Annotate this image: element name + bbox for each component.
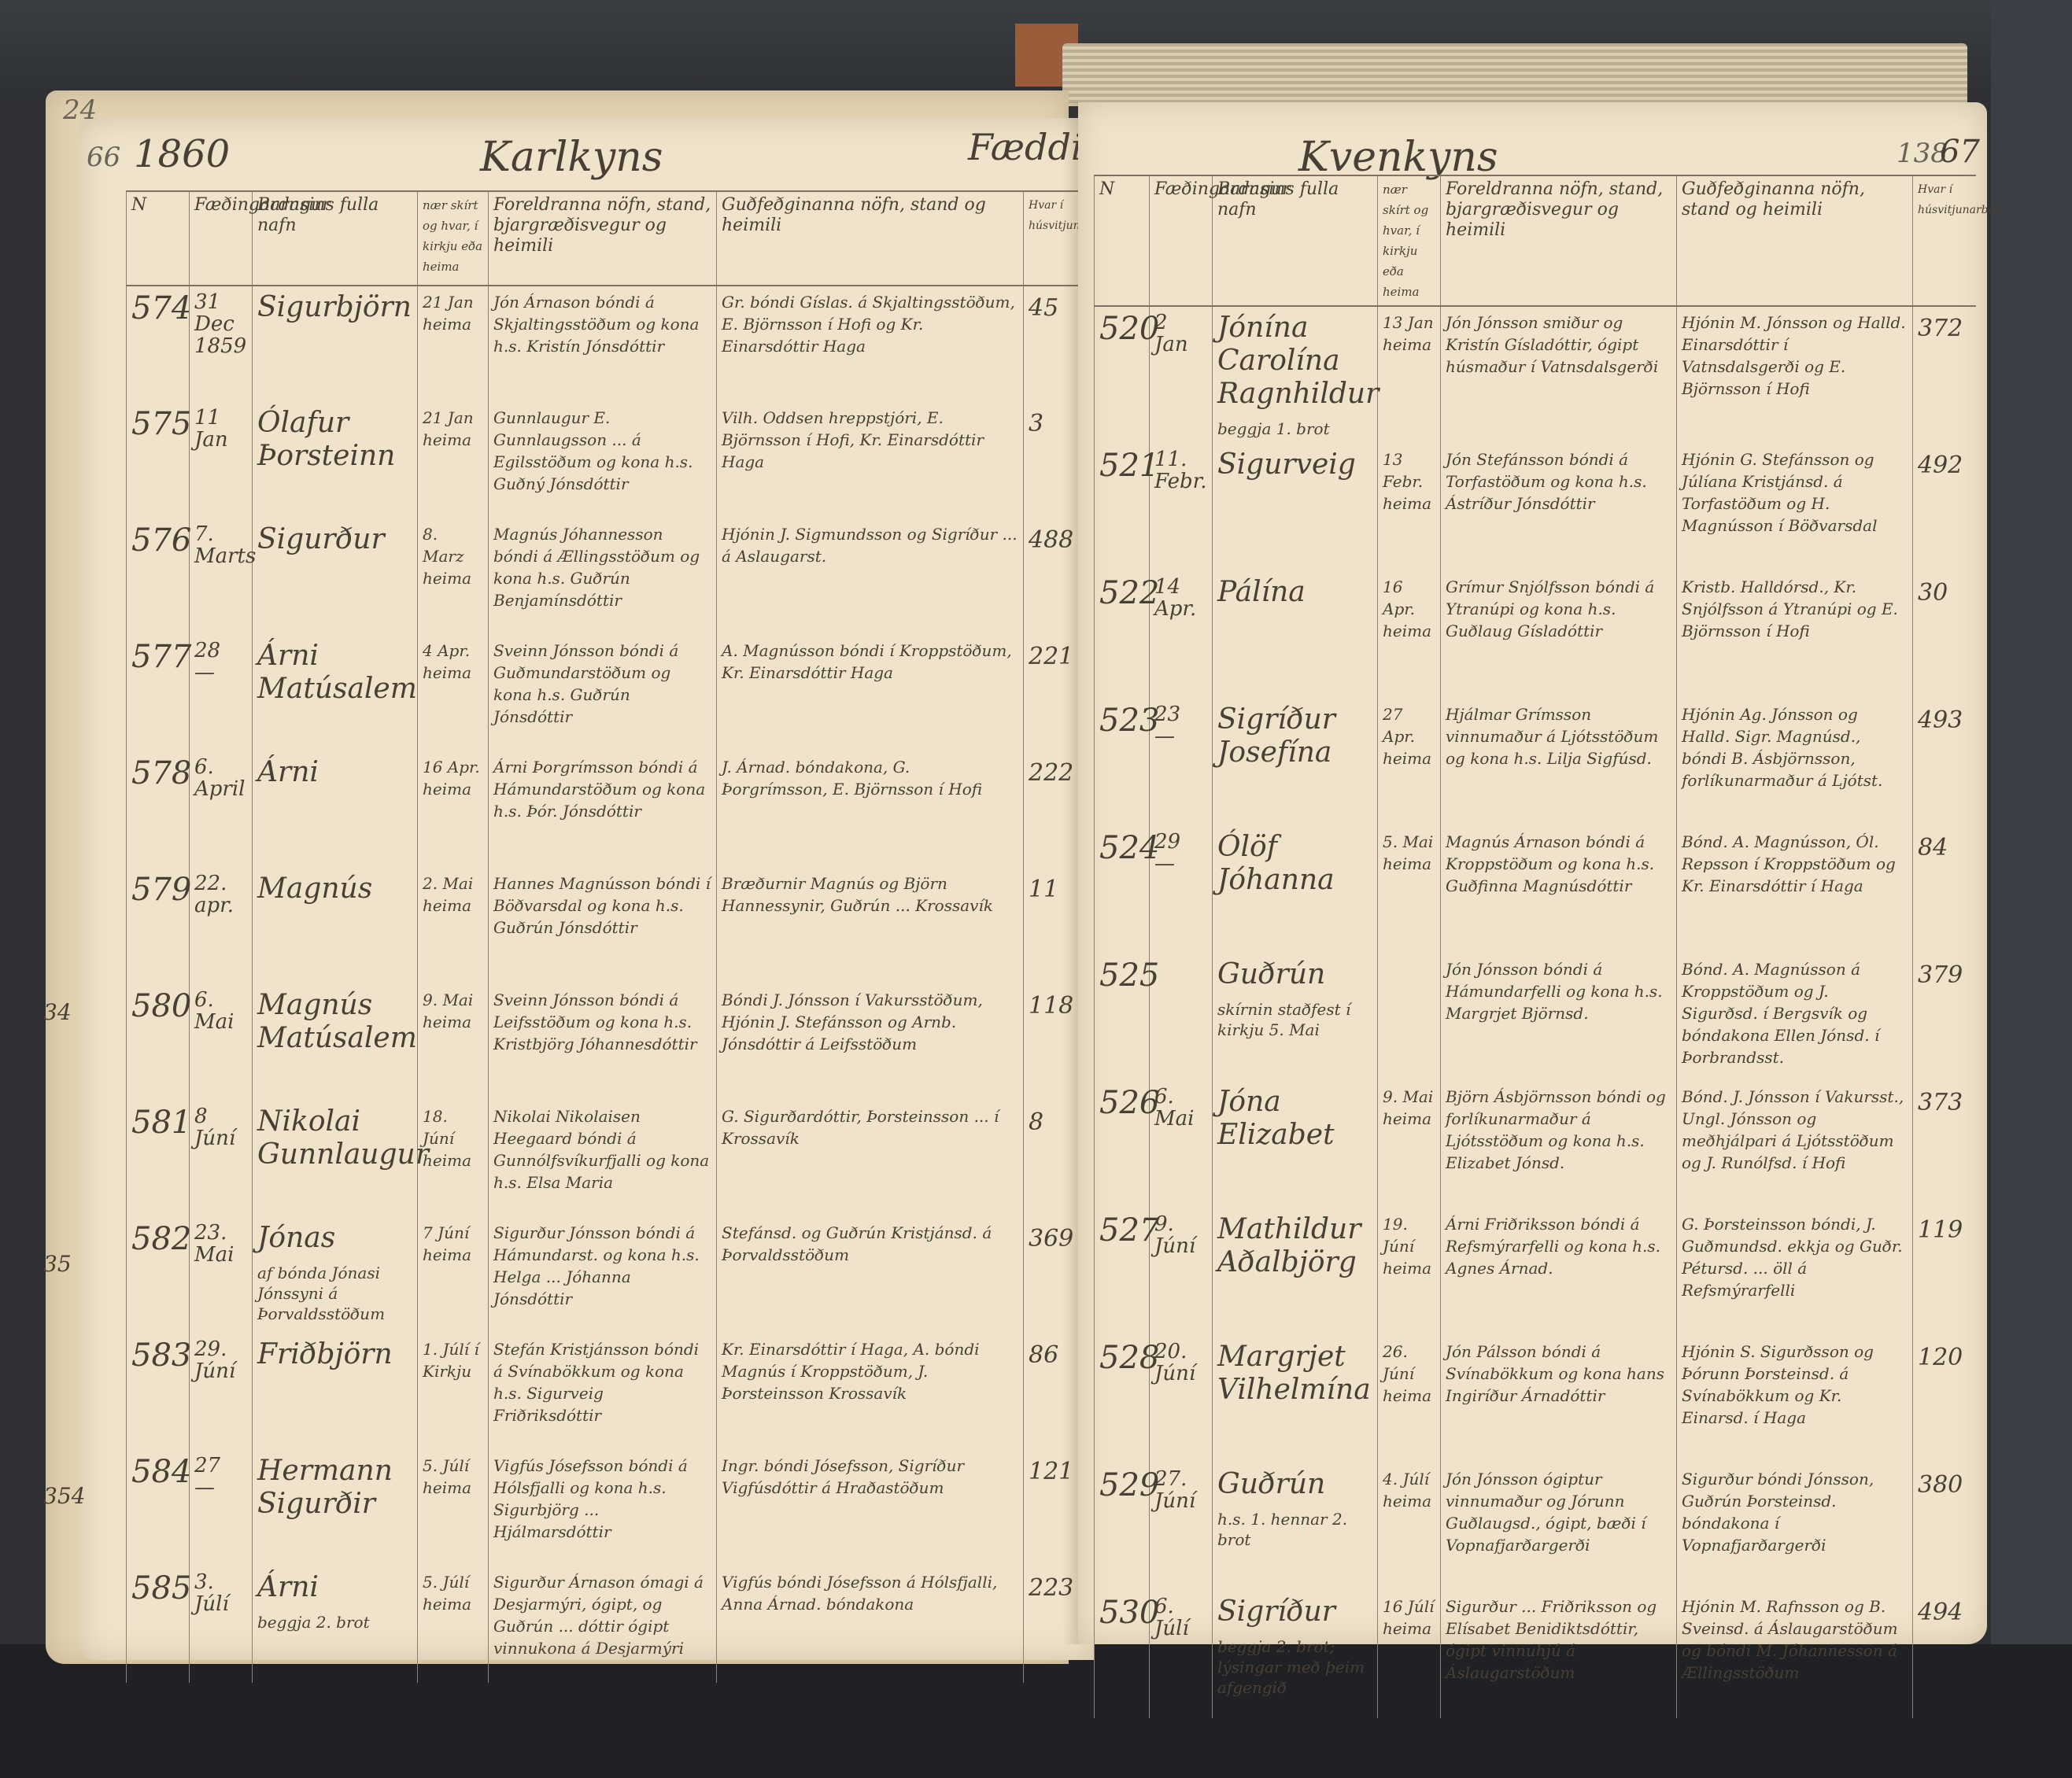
margin-note: 34 [43,999,72,1025]
parents: Stefán Kristjánsson bóndi á Svínabökkum … [489,1333,717,1450]
register-entry: 523 23 — Sigríður Josefína 27 Apr. heima… [1095,699,1976,826]
parents: Nikolai Nikolaisen Heegaard bóndi á Gunn… [489,1101,717,1217]
parents: Grímur Snjólfsson bóndi á Ytranúpi og ko… [1441,571,1677,699]
birth-date: 28 — [190,635,253,751]
child-name: Ólafur Þorsteinn [253,402,418,518]
child-name-text: Jónína Carolína Ragnhildur [1217,312,1379,410]
birth-date: 27 — [190,1450,253,1566]
birth-date: 9. Júní [1150,1208,1213,1336]
baptism-date-place [1378,954,1441,1081]
column-header: Barnsins fulla nafn [1213,175,1378,306]
column-header: N [1095,175,1150,306]
parents: Hjálmar Grímsson vinnumaður á Ljótsstöðu… [1441,699,1677,826]
child-name: Hermann Sigurðir [253,1450,418,1566]
entry-number: 522 [1095,571,1150,699]
column-header: Foreldranna nöfn, stand, bjargræðisvegur… [489,191,717,286]
child-name-text: Margrjet Vilhelmína [1217,1341,1371,1406]
baptism-date-place: 19. Júní heima [1378,1208,1441,1336]
birth-date: 23. Mai [190,1217,253,1333]
child-name: Árni [253,751,418,868]
godparents: Sigurður bóndi Jónsson, Guðrún Þorsteins… [1677,1463,1913,1591]
register-entry: 584 27 — Hermann Sigurðir 5. Júlí heima … [127,1450,1095,1566]
register-entry: 577 28 — Árni Matúsalem 4 Apr. heima Sve… [127,635,1095,751]
baptism-date-place: 8. Marz heima [418,518,489,635]
register-entry: 581 8 Júní Nikolai Gunnlaugur 18. Júní h… [127,1101,1095,1217]
child-name: Mathildur Aðalbjörg [1213,1208,1378,1336]
birth-date: 22. apr. [190,868,253,984]
entry-number: 581 [127,1101,190,1217]
column-header: nær skírt og hvar, í kirkju eða heima [1378,175,1441,306]
godparents: A. Magnússon bóndi í Kroppstöðum, Kr. Ei… [717,635,1024,751]
child-name-text: Árni [257,1571,319,1603]
child-name-text: Nikolai Gunnlaugur [257,1105,429,1171]
child-name-text: Sigríður [1217,1595,1335,1628]
household-ref: 373 [1913,1081,1976,1208]
column-header: Hvar í húsvitjunarbók [1913,175,1976,306]
household-ref: 493 [1913,699,1976,826]
register-entry: 583 29. Júní Friðbjörn 1. Júlí í Kirkju … [127,1333,1095,1450]
baptism-date-place: 13 Febr. heima [1378,444,1441,571]
household-ref: 492 [1913,444,1976,571]
child-name-text: Hermann Sigurðir [257,1455,393,1520]
child-name-text: Friðbjörn [257,1338,393,1370]
child-name-note: skírnin staðfest í kirkju 5. Mai [1217,999,1372,1040]
parents: Sigurður ... Friðriksson og Elísabet Ben… [1441,1591,1677,1718]
register-entry: 526 6. Mai Jóna Elizabet 9. Mai heima Bj… [1095,1081,1976,1208]
column-header: Fæðingardagur [190,191,253,286]
parents: Sigurður Jónsson bóndi á Hámundarst. og … [489,1217,717,1333]
birth-date: 3. Júlí [190,1566,253,1683]
register-table-male: N Fæðingardagur Barnsins fulla nafn nær … [126,190,1095,1683]
child-name-text: Pálína [1217,576,1306,608]
entry-number: 584 [127,1450,190,1566]
birth-date: 23 — [1150,699,1213,826]
household-ref: 380 [1913,1463,1976,1591]
column-header: nær skírt og hvar, í kirkju eða heima [418,191,489,286]
godparents: Bóndi J. Jónsson í Vakursstöðum, Hjónin … [717,984,1024,1101]
entry-number: 583 [127,1333,190,1450]
baptism-date-place: 4 Apr. heima [418,635,489,751]
child-name: Sigurbjörn [253,286,418,402]
register-entry: 529 27. Júní Guðrúnh.s. 1. hennar 2. bro… [1095,1463,1976,1591]
entry-number: 521 [1095,444,1150,571]
child-name: Sigríður Josefína [1213,699,1378,826]
parents: Jón Stefánsson bóndi á Torfastöðum og ko… [1441,444,1677,571]
parents: Sveinn Jónsson bóndi á Guðmundarstöðum o… [489,635,717,751]
godparents: Kristb. Halldórsd., Kr. Snjólfsson á Ytr… [1677,571,1913,699]
column-header: Guðfeðginanna nöfn, stand og heimili [717,191,1024,286]
household-ref: 372 [1913,306,1976,444]
entry-number: 528 [1095,1336,1150,1463]
column-header: Foreldranna nöfn, stand, bjargræðisvegur… [1441,175,1677,306]
entry-number: 520 [1095,306,1150,444]
margin-note: 354 [43,1483,85,1509]
household-ref: 379 [1913,954,1976,1081]
child-name: Nikolai Gunnlaugur [253,1101,418,1217]
godparents: Bónd. J. Jónsson í Vakursst., Ungl. Jóns… [1677,1081,1913,1208]
godparents: Hjónin Ag. Jónsson og Halld. Sigr. Magnú… [1677,699,1913,826]
child-name-text: Magnús Matúsalem [257,989,417,1054]
child-name-text: Magnús [257,872,372,905]
birth-date: 11 Jan [190,402,253,518]
baptism-date-place: 9. Mai heima [1378,1081,1441,1208]
child-name: Guðrúnh.s. 1. hennar 2. brot [1213,1463,1378,1591]
pencil-page-number: 24 [63,94,97,126]
baptism-date-place: 1. Júlí í Kirkju [418,1333,489,1450]
birth-date: 11. Febr. [1150,444,1213,571]
baptism-date-place: 21 Jan heima [418,286,489,402]
parents: Jón Árnason bóndi á Skjaltingsstöðum og … [489,286,717,402]
godparents: Hjónin M. Jónsson og Halld. Einarsdóttir… [1677,306,1913,444]
birth-date: 20. Júní [1150,1336,1213,1463]
birth-date: 2 Jan [1150,306,1213,444]
parents: Magnús Árnason bóndi á Kroppstöðum og ko… [1441,826,1677,954]
parents: Jón Jónsson ógiptur vinnumaður og Jórunn… [1441,1463,1677,1591]
column-header: N [127,191,190,286]
baptism-date-place: 26. Júní heima [1378,1336,1441,1463]
child-name: Árni Matúsalem [253,635,418,751]
entry-number: 585 [127,1566,190,1683]
child-name-text: Sigurður [257,523,385,555]
entry-number: 529 [1095,1463,1150,1591]
entry-number: 579 [127,868,190,984]
child-name-text: Sigurbjörn [257,291,412,323]
household-ref: 119 [1913,1208,1976,1336]
entry-number: 575 [127,402,190,518]
birth-date: 29. Júní [190,1333,253,1450]
entry-number: 526 [1095,1081,1150,1208]
godparents: Bræðurnir Magnús og Björn Hannessynir, G… [717,868,1024,984]
entry-number: 527 [1095,1208,1150,1336]
birth-date: 7. Marts [190,518,253,635]
godparents: Bónd. A. Magnússon, Ól. Repsson í Kropps… [1677,826,1913,954]
entry-number: 525 [1095,954,1150,1081]
child-name-text: Sigurveig [1217,448,1356,481]
left-page: 24 66 1860 Karlkyns Fæddir N Fæðingardag… [79,118,1094,1660]
child-name-text: Sigríður Josefína [1217,703,1335,769]
child-name-text: Ólafur Þorsteinn [257,407,395,472]
birth-date: 6. April [190,751,253,868]
birth-date: 14 Apr. [1150,571,1213,699]
child-name: Sigurður [253,518,418,635]
child-name-note: beggja 1. brot [1217,419,1372,439]
table-header: N Fæðingardagur Barnsins fulla nafn nær … [1095,175,1976,306]
godparents: Hjónin M. Rafnsson og B. Sveinsd. á Ásla… [1677,1591,1913,1718]
child-name: Sigurveig [1213,444,1378,571]
register-entry: 574 31 Dec 1859 Sigurbjörn 21 Jan heima … [127,286,1095,402]
baptism-date-place: 4. Júlí heima [1378,1463,1441,1591]
birth-date: 6. Júlí [1150,1591,1213,1718]
column-header: Guðfeðginanna nöfn, stand og heimili [1677,175,1913,306]
section-heading-female: Kvenkyns [1298,134,1498,181]
entry-number: 578 [127,751,190,868]
baptism-date-place: 16 Apr. heima [418,751,489,868]
child-name: Magnús Matúsalem [253,984,418,1101]
godparents: Ingr. bóndi Jósefsson, Sigríður Vigfúsdó… [717,1450,1024,1566]
baptism-date-place: 16 Apr. heima [1378,571,1441,699]
parents: Jón Pálsson bóndi á Svínabökkum og kona … [1441,1336,1677,1463]
parents: Jón Jónsson bóndi á Hámundarfelli og kon… [1441,954,1677,1081]
register-entry: 585 3. Júlí Árnibeggja 2. brot 5. Júlí h… [127,1566,1095,1683]
birth-date: 31 Dec 1859 [190,286,253,402]
child-name: Guðrúnskírnin staðfest í kirkju 5. Mai [1213,954,1378,1081]
parents: Hannes Magnússon bóndi í Böðvarsdal og k… [489,868,717,984]
register-entry: 522 14 Apr. Pálína 16 Apr. heima Grímur … [1095,571,1976,699]
godparents: Stefánsd. og Guðrún Kristjánsd. á Þorval… [717,1217,1024,1333]
register-entry: 576 7. Marts Sigurður 8. Marz heima Magn… [127,518,1095,635]
household-ref: 120 [1913,1336,1976,1463]
baptism-date-place: 16 Júlí heima [1378,1591,1441,1718]
page-edges [1062,43,1967,106]
godparents: G. Sigurðardóttir, Þorsteinsson ... í Kr… [717,1101,1024,1217]
baptism-date-place: 2. Mai heima [418,868,489,984]
birth-date: 29 — [1150,826,1213,954]
column-header: Fæðingardagur [1150,175,1213,306]
entry-number: 582 [127,1217,190,1333]
godparents: Hjónin G. Stefánsson og Júlíana Kristján… [1677,444,1913,571]
child-name-text: Árni Matúsalem [257,640,417,705]
entry-number: 574 [127,286,190,402]
child-name-note: h.s. 1. hennar 2. brot [1217,1509,1372,1550]
entry-number: 530 [1095,1591,1150,1718]
entry-number: 580 [127,984,190,1101]
baptism-date-place: 9. Mai heima [418,984,489,1101]
column-header: Barnsins fulla nafn [253,191,418,286]
child-name: Magnús [253,868,418,984]
birth-date: 6. Mai [190,984,253,1101]
page-number: 66 [87,142,120,173]
right-page: Kvenkyns 138 67 N Fæðingardagur Barnsins… [1078,102,1987,1644]
register-entry: 578 6. April Árni 16 Apr. heima Árni Þor… [127,751,1095,868]
register-entry: 527 9. Júní Mathildur Aðalbjörg 19. Júní… [1095,1208,1976,1336]
register-table-female: N Fæðingardagur Barnsins fulla nafn nær … [1094,175,1976,1718]
birth-date: 6. Mai [1150,1081,1213,1208]
child-name: Margrjet Vilhelmína [1213,1336,1378,1463]
child-name-text: Ólöf Jóhanna [1217,831,1335,896]
child-name-text: Guðrún [1217,1468,1325,1500]
child-name-note: af bónda Jónasi Jónssyni á Þorvaldsstöðu… [257,1263,412,1324]
child-name-text: Jóna Elizabet [1217,1086,1335,1151]
book-cover-right [1991,0,2072,1778]
parents: Vigfús Jósefsson bóndi á Hólsfjalli og k… [489,1450,717,1566]
godparents: Bónd. A. Magnússon á Kroppstöðum og J. S… [1677,954,1913,1081]
table-header: N Fæðingardagur Barnsins fulla nafn nær … [127,191,1095,286]
household-ref: 30 [1913,571,1976,699]
parents: Jón Jónsson smiður og Kristín Gísladótti… [1441,306,1677,444]
margin-note: 35 [43,1251,72,1277]
section-heading-male: Karlkyns [480,134,663,181]
child-name: Friðbjörn [253,1333,418,1450]
child-name: Jónína Carolína Ragnhildurbeggja 1. brot [1213,306,1378,444]
household-ref: 84 [1913,826,1976,954]
register-entry: 520 2 Jan Jónína Carolína Ragnhildurbegg… [1095,306,1976,444]
child-name: Sigríðurbeggja 2. brot; lýsingar með þei… [1213,1591,1378,1718]
godparents: Kr. Einarsdóttir í Haga, A. bóndi Magnús… [717,1333,1024,1450]
parents: Sveinn Jónsson bóndi á Leifsstöðum og ko… [489,984,717,1101]
year: 1860 [134,132,230,176]
register-entry: 524 29 — Ólöf Jóhanna 5. Mai heima Magnú… [1095,826,1976,954]
parents: Magnús Jóhannesson bóndi á Ællingsstöðum… [489,518,717,635]
birth-date: 27. Júní [1150,1463,1213,1591]
register-entry: 528 20. Júní Margrjet Vilhelmína 26. Jún… [1095,1336,1976,1463]
child-name: Pálína [1213,571,1378,699]
register-entry: 525 Guðrúnskírnin staðfest í kirkju 5. M… [1095,954,1976,1081]
register-entry: 575 11 Jan Ólafur Þorsteinn 21 Jan heima… [127,402,1095,518]
baptism-date-place: 5. Mai heima [1378,826,1441,954]
baptism-date-place: 27 Apr. heima [1378,699,1441,826]
godparents: Hjónin S. Sigurðsson og Þórunn Þorsteins… [1677,1336,1913,1463]
baptism-date-place: 5. Júlí heima [418,1450,489,1566]
parents: Árni Friðriksson bóndi á Refsmýrarfelli … [1441,1208,1677,1336]
entry-number: 523 [1095,699,1150,826]
godparents: Vilh. Oddsen hreppstjóri, E. Björnsson í… [717,402,1024,518]
child-name: Jóna Elizabet [1213,1081,1378,1208]
baptism-date-place: 18. Júní heima [418,1101,489,1217]
parents: Björn Ásbjörnsson bóndi og forlíkunarmað… [1441,1081,1677,1208]
child-name-text: Árni [257,756,319,788]
baptism-date-place: 13 Jan heima [1378,306,1441,444]
child-name-text: Jónas [257,1222,335,1254]
baptism-date-place: 7 Júní heima [418,1217,489,1333]
birth-date: 8 Júní [190,1101,253,1217]
godparents: J. Árnad. bóndakona, G. Þorgrímsson, E. … [717,751,1024,868]
entry-number: 576 [127,518,190,635]
parents: Sigurður Árnason ómagi á Desjarmýri, ógi… [489,1566,717,1683]
household-ref: 494 [1913,1591,1976,1718]
child-name: Ólöf Jóhanna [1213,826,1378,954]
child-name: Jónasaf bónda Jónasi Jónssyni á Þorvalds… [253,1217,418,1333]
godparents: Gr. bóndi Gíslas. á Skjaltingsstöðum, E.… [717,286,1024,402]
godparents: Vigfús bóndi Jósefsson á Hólsfjalli, Ann… [717,1566,1024,1683]
register-entry: 580 6. Mai Magnús Matúsalem 9. Mai heima… [127,984,1095,1101]
entry-number: 524 [1095,826,1150,954]
page-number: 67 [1940,134,1980,170]
baptism-date-place: 21 Jan heima [418,402,489,518]
child-name: Árnibeggja 2. brot [253,1566,418,1683]
register-entry: 530 6. Júlí Sigríðurbeggja 2. brot; lýsi… [1095,1591,1976,1718]
register-entry: 582 23. Mai Jónasaf bónda Jónasi Jónssyn… [127,1217,1095,1333]
parents: Árni Þorgrímsson bóndi á Hámundarstöðum … [489,751,717,868]
child-name-text: Mathildur Aðalbjörg [1217,1213,1361,1278]
godparents: Hjónin J. Sigmundsson og Sigríður ... á … [717,518,1024,635]
godparents: G. Þorsteinsson bóndi, J. Guðmundsd. ekk… [1677,1208,1913,1336]
register-entry: 521 11. Febr. Sigurveig 13 Febr. heima J… [1095,444,1976,571]
child-name-note: beggja 2. brot [257,1612,412,1632]
parents: Gunnlaugur E. Gunnlaugsson ... á Egilsst… [489,402,717,518]
child-name-text: Guðrún [1217,958,1325,990]
child-name-note: beggja 2. brot; lýsingar með þeim afgeng… [1217,1636,1372,1698]
baptism-date-place: 5. Júlí heima [418,1566,489,1683]
entry-number: 577 [127,635,190,751]
register-entry: 579 22. apr. Magnús 2. Mai heima Hannes … [127,868,1095,984]
